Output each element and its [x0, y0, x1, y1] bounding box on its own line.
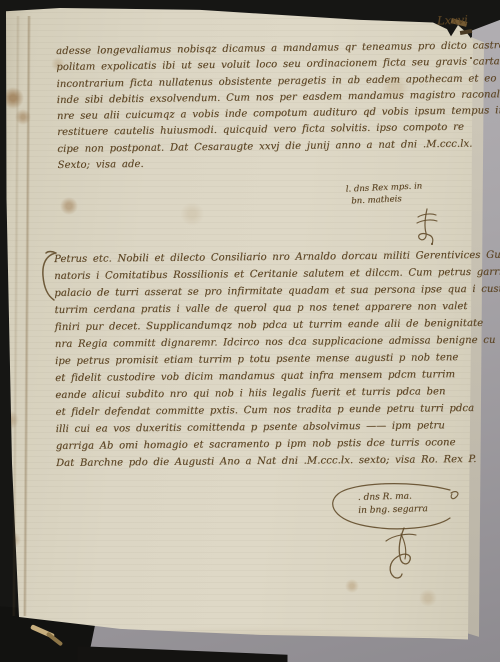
manuscript-photo: Lxxvi adesse longevaliamus nobisqz dicam… [0, 0, 500, 662]
paraph-icon [414, 206, 442, 250]
folio-number: Lxxvi [437, 12, 468, 27]
ink-dot [431, 243, 433, 245]
chancery-note-2: . dns R. ma. in bng. segarra [358, 490, 428, 518]
chancery-note-1: l. dns Rex mps. in bn. matheis [346, 181, 423, 207]
entry-2-text-block: Petrus etc. Nobili et dilecto Consiliari… [54, 247, 474, 472]
chancery-note-line: in bng. segarra [358, 503, 428, 518]
paraph-icon [376, 524, 426, 586]
entry-1-text-block: adesse longevaliamus nobisqz dicamus a m… [56, 39, 472, 175]
ink-dot [470, 57, 472, 59]
